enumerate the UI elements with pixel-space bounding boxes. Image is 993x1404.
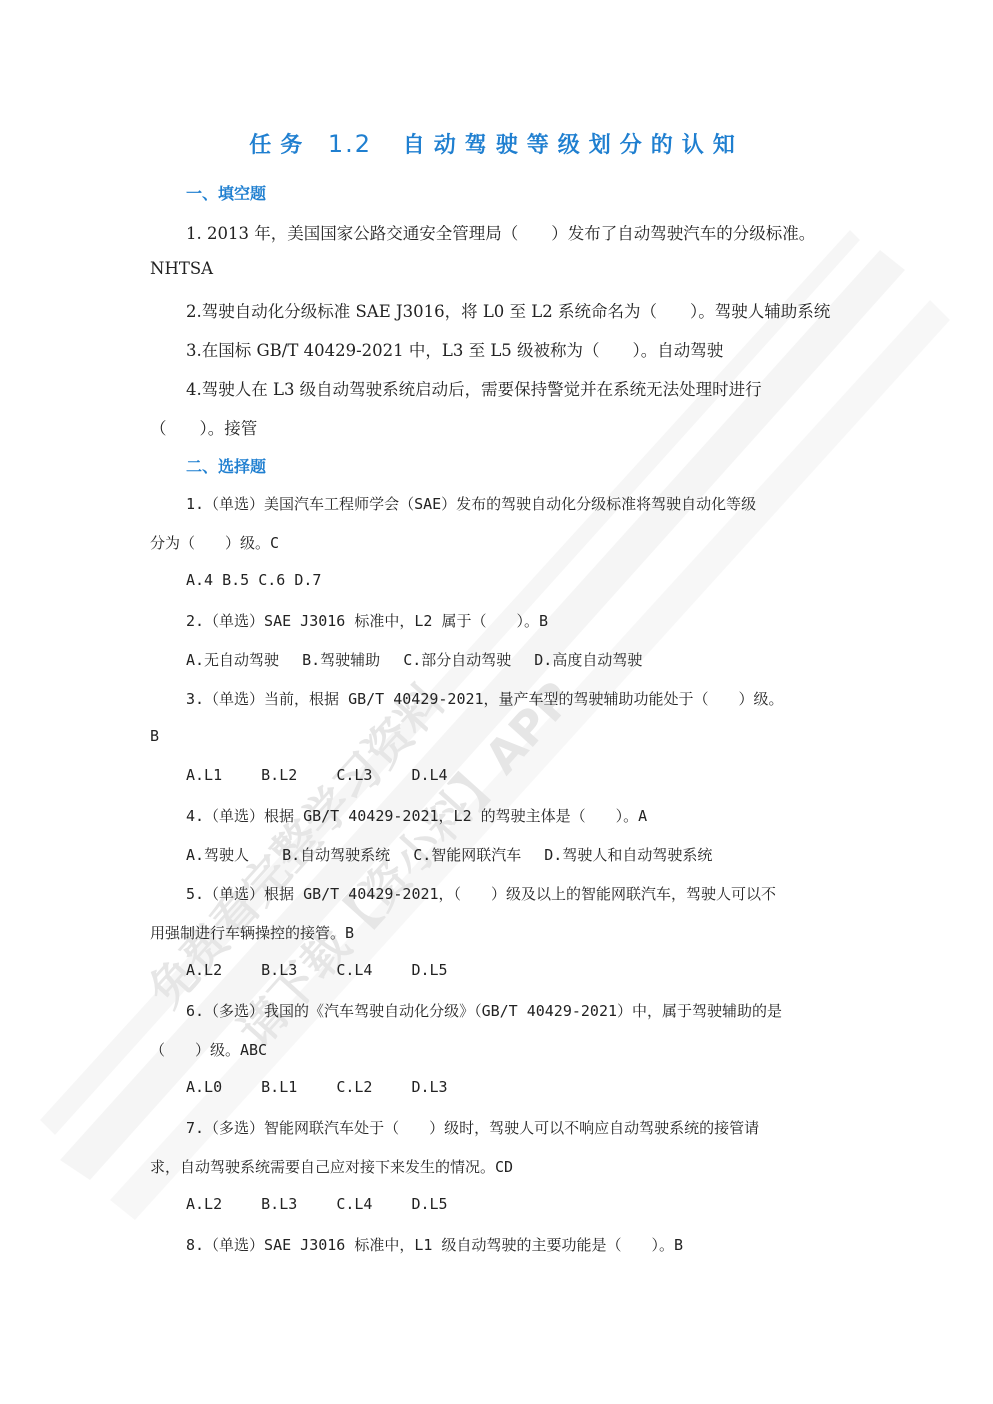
option-a: A.L2 [186, 1195, 222, 1213]
fill-question-4: 4.驾驶人在 L3 级自动驾驶系统启动后，需要保持警觉并在系统无法处理时进行 [186, 376, 762, 400]
title-number: 1.2 [328, 130, 372, 158]
section-heading-fill-blank: 一、填空题 [186, 181, 266, 204]
choice-question-1-options: A.4 B.5 C.6 D.7 [186, 571, 321, 589]
choice-question-3-options: A.L1 B.L2 C.L3 D.L4 [186, 766, 462, 784]
choice-question-5-options: A.L2 B.L3 C.L4 D.L5 [186, 961, 462, 979]
option-c: C.L4 [336, 1195, 372, 1213]
option-b: B.驾驶辅助 [302, 649, 380, 670]
choice-question-4: 4.（单选）根据 GB/T 40429-2021，L2 的驾驶主体是（ ）。A [186, 805, 647, 826]
option-a: A.驾驶人 [186, 844, 249, 865]
choice-question-7: 7.（多选）智能网联汽车处于（ ）级时，驾驶人可以不响应自动驾驶系统的接管请 [186, 1117, 759, 1138]
choice-question-1-cont: 分为（ ）级。C [150, 532, 279, 553]
fill-question-4-cont: （ ）。接管 [150, 415, 257, 439]
option-d: D.高度自动驾驶 [534, 649, 642, 670]
choice-question-5: 5.（单选）根据 GB/T 40429-2021，（ ）级及以上的智能网联汽车，… [186, 883, 776, 904]
fill-question-1-answer: NHTSA [150, 259, 213, 278]
choice-question-5-cont: 用强制进行车辆操控的接管。B [150, 922, 354, 943]
option-a: A.L1 [186, 766, 222, 784]
choice-question-2: 2.（单选）SAE J3016 标准中，L2 属于（ ）。B [186, 610, 548, 631]
choice-question-7-options: A.L2 B.L3 C.L4 D.L5 [186, 1195, 462, 1213]
section-heading-choice: 二、选择题 [186, 454, 266, 477]
option-b: B.自动驾驶系统 [282, 844, 390, 865]
option-c: C.智能网联汽车 [413, 844, 521, 865]
option-d: D.L4 [411, 766, 447, 784]
choice-question-1: 1.（单选）美国汽车工程师学会（SAE）发布的驾驶自动化分级标准将驾驶自动化等级 [186, 493, 756, 514]
option-c: C.L4 [336, 961, 372, 979]
option-a: A.L2 [186, 961, 222, 979]
option-c: C.L3 [336, 766, 372, 784]
option-b: B.L2 [261, 766, 297, 784]
choice-question-6-cont: （ ）级。ABC [150, 1039, 267, 1060]
page-title: 任务 1.2 自动驾驶等级划分的认知 [0, 128, 993, 159]
option-d: D.L5 [411, 1195, 447, 1213]
choice-question-6: 6.（多选）我国的《汽车驾驶自动化分级》（GB/T 40429-2021）中，属… [186, 1000, 782, 1021]
choice-question-2-options: A.无自动驾驶 B.驾驶辅助 C.部分自动驾驶 D.高度自动驾驶 [186, 649, 656, 670]
title-prefix: 任务 [249, 133, 311, 158]
option-d: D.驾驶人和自动驾驶系统 [544, 844, 712, 865]
choice-question-4-options: A.驾驶人 B.自动驾驶系统 C.智能网联汽车 D.驾驶人和自动驾驶系统 [186, 844, 726, 865]
choice-question-6-options: A.L0 B.L1 C.L2 D.L3 [186, 1078, 462, 1096]
option-d: D.L5 [411, 961, 447, 979]
fill-question-1: 1. 2013 年，美国国家公路交通安全管理局（ ）发布了自动驾驶汽车的分级标准… [186, 220, 815, 244]
option-b: B.L3 [261, 961, 297, 979]
title-text: 自动驾驶等级划分的认知 [403, 133, 744, 158]
fill-question-3: 3.在国标 GB/T 40429-2021 中，L3 至 L5 级被称为（ ）。… [186, 337, 723, 361]
option-d: D.L3 [411, 1078, 447, 1096]
choice-question-3: 3.（单选）当前，根据 GB/T 40429-2021，量产车型的驾驶辅助功能处… [186, 688, 784, 709]
option-c: C.L2 [336, 1078, 372, 1096]
choice-question-3-cont: B [150, 727, 159, 745]
choice-question-7-cont: 求，自动驾驶系统需要自己应对接下来发生的情况。CD [150, 1156, 513, 1177]
option-a: A.L0 [186, 1078, 222, 1096]
option-a: A.无自动驾驶 [186, 649, 279, 670]
option-b: B.L3 [261, 1195, 297, 1213]
option-c: C.部分自动驾驶 [403, 649, 511, 670]
choice-question-8: 8.（单选）SAE J3016 标准中，L1 级自动驾驶的主要功能是（ ）。B [186, 1234, 683, 1255]
fill-question-2: 2.驾驶自动化分级标准 SAE J3016，将 L0 至 L2 系统命名为（ ）… [186, 298, 830, 322]
option-b: B.L1 [261, 1078, 297, 1096]
